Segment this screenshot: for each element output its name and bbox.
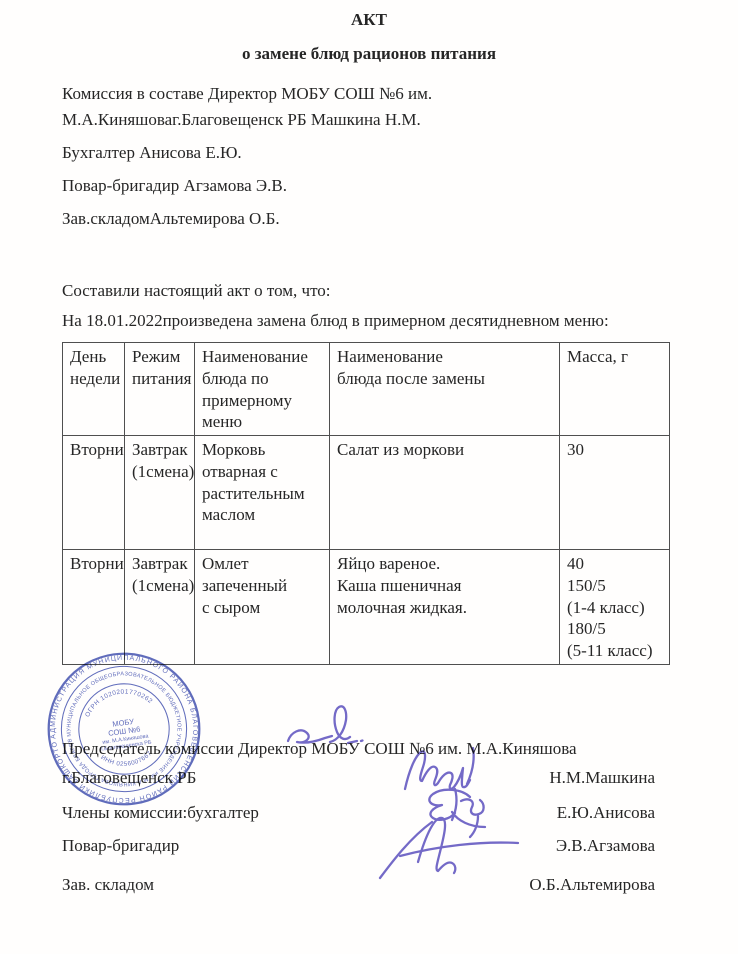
cell-mass: 30 — [560, 436, 670, 550]
cell-dish-replacement: Яйцо вареное. Каша пшеничная молочная жи… — [330, 550, 560, 665]
member-line-cook: Повар-бригадир Агзамова Э.В. — [62, 173, 680, 199]
cell-day: Вторник — [63, 436, 125, 550]
signature-name: Э.В.Агзамова — [556, 833, 655, 859]
statement-line: Составили настоящий акт о том, что: — [62, 278, 680, 304]
stamp-ogrn-text: ОГРН 1020201770262 — [81, 684, 155, 719]
header-day-of-week: День недели — [63, 343, 125, 436]
document-page: АКТ о замене блюд рационов питания Комис… — [0, 0, 738, 954]
signature-row-cook: Повар-бригадир Э.В.Агзамова — [62, 833, 655, 859]
stamp-center-text: МОБУ СОШ №6 им. М.А.Киняшова г.Благовеще… — [97, 715, 152, 753]
header-dish-after-change: Наименование блюда после замены — [330, 343, 560, 436]
cell-day: Вторник — [63, 550, 125, 665]
table-header-row: День недели Режим питания Наименование б… — [63, 343, 670, 436]
header-meal-mode: Режим питания — [125, 343, 195, 436]
cell-dish-menu: Омлет запеченный с сыром — [195, 550, 330, 665]
menu-change-table: День недели Режим питания Наименование б… — [62, 342, 670, 665]
member-line-storekeeper: Зав.складомАльтемирова О.Б. — [62, 206, 680, 232]
header-dish-by-menu: Наименование блюда по примерному меню — [195, 343, 330, 436]
change-date-line: На 18.01.2022произведена замена блюд в п… — [62, 308, 680, 334]
member-line-accountant: Бухгалтер Анисова Е.Ю. — [62, 140, 680, 166]
committee-intro: Комиссия в составе Директор МОБУ СОШ №6 … — [62, 81, 680, 133]
official-round-stamp: АДМИНИСТРАЦИЯ МУНИЦИПАЛЬНОГО РАЙОНА БЛАГ… — [44, 649, 204, 809]
cell-meal: Завтрак (1смена) — [125, 550, 195, 665]
cell-dish-menu: Морковь отварная с растительным маслом — [195, 436, 330, 550]
table-row: Вторник Завтрак (1смена) Морковь отварна… — [63, 436, 670, 550]
cell-meal: Завтрак (1смена) — [125, 436, 195, 550]
header-mass: Масса, г — [560, 343, 670, 436]
cell-dish-replacement: Салат из моркови — [330, 436, 560, 550]
document-title: АКТ — [0, 0, 738, 30]
signature-name: Н.М.Машкина — [549, 765, 655, 791]
signature-label: Повар-бригадир — [62, 833, 179, 859]
cell-mass: 40 150/5 (1-4 класс) 180/5 (5-11 класс) — [560, 550, 670, 665]
signature-row-storekeeper: Зав. складом О.Б.Альтемирова — [62, 872, 655, 898]
signature-name: Е.Ю.Анисова — [557, 800, 655, 826]
signature-name: О.Б.Альтемирова — [529, 872, 655, 898]
document-subtitle: о замене блюд рационов питания — [0, 44, 738, 64]
signature-label: Зав. складом — [62, 872, 154, 898]
table-row: Вторник Завтрак (1смена) Омлет запеченны… — [63, 550, 670, 665]
